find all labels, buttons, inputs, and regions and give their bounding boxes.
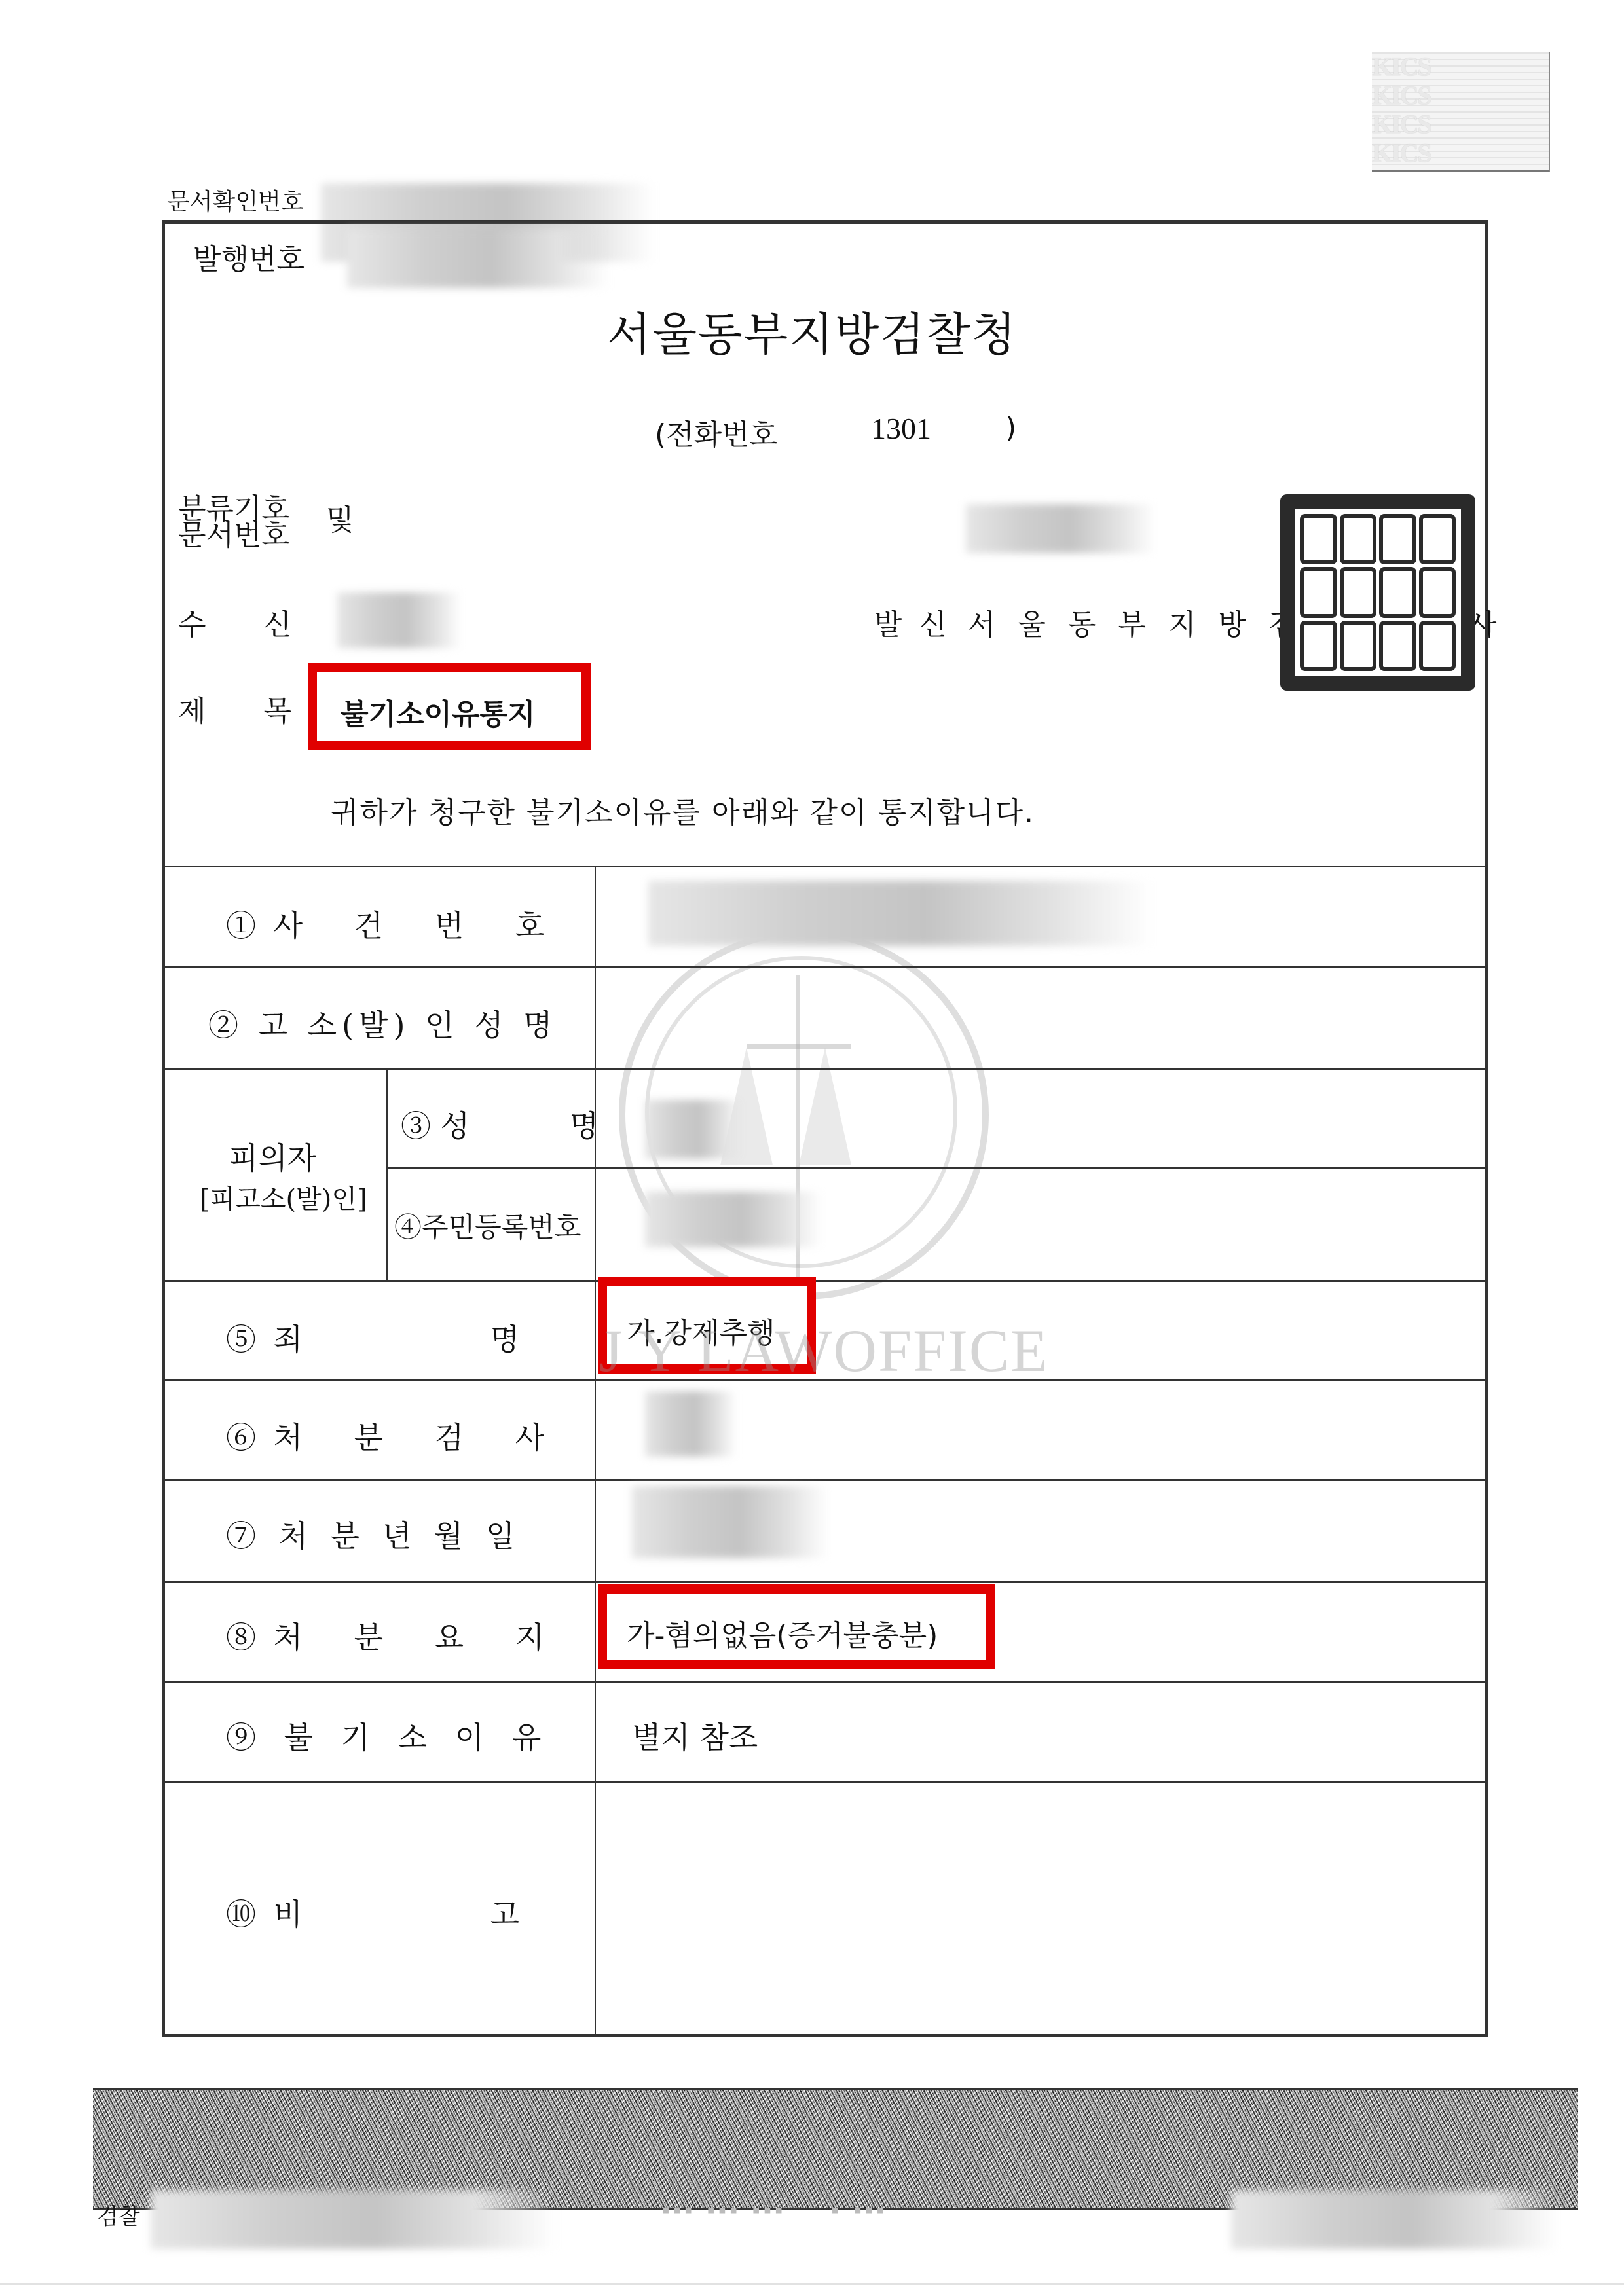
subject-label: 제 목: [178, 687, 291, 729]
row-label-suspect-name: ③ 성 명: [401, 1102, 599, 1146]
redacted-recipient: [337, 592, 462, 648]
disposition-highlight-box: 가-혐의없음(증거불충분): [598, 1584, 995, 1669]
row-divider: [164, 1681, 1486, 1683]
row-label-remarks: ⑩ 비 고: [226, 1891, 523, 1934]
redacted-case-number: [648, 881, 1153, 946]
subject-value: 불기소이유통지: [341, 691, 536, 733]
watermark-text: J Y LAWOFFICE: [599, 1316, 1049, 1385]
classification-label-line2: 문서번호: [178, 522, 289, 549]
disposition-summary-value: 가-혐의없음(증거불충분): [627, 1612, 938, 1654]
kics-security-mark: KICS KICS KICS KICS: [1372, 52, 1550, 172]
row-divider: [386, 1167, 1486, 1169]
row-label-complainant-name: ② 고 소(발) 인 성 명: [208, 1002, 558, 1045]
classification-label: 분류기호 문서번호: [178, 496, 289, 549]
official-seal: [1280, 494, 1475, 691]
sender-label: 발 신: [874, 601, 951, 643]
row-label-disposition-date: ⑦ 처 분 년 월 일: [226, 1512, 521, 1556]
phone-number: 1301: [871, 411, 931, 446]
redacted-resident-number: [645, 1192, 822, 1247]
phone-label: (전화번호: [655, 418, 777, 452]
phone-close: ): [1005, 411, 1016, 445]
kics-text-4: KICS: [1372, 139, 1549, 168]
suspect-group-label-line2: [피고소(발)인]: [200, 1178, 367, 1216]
seal-characters: [1300, 514, 1456, 671]
row-divider: [164, 1581, 1486, 1583]
row-divider: [164, 1781, 1486, 1783]
agency-title: 서울동부지방검찰청: [0, 298, 1624, 364]
row-label-case-number: ① 사 건 번 호: [226, 902, 548, 945]
row-divider: [164, 866, 1486, 867]
suspect-subcolumn-divider: [386, 1068, 388, 1280]
kics-text-2: KICS: [1372, 81, 1549, 110]
row-label-non-indictment-reason: ⑨ 불 기 소 이 유: [226, 1714, 550, 1757]
row-label-resident-number: ④주민등록번호: [394, 1206, 581, 1245]
column-divider: [595, 866, 596, 2035]
redacted-disposition-date: [632, 1486, 828, 1558]
kics-text-1: KICS: [1372, 52, 1549, 81]
redacted-prosecutor: [645, 1391, 737, 1457]
recipient-label: 수 신: [178, 601, 291, 643]
row-divider: [164, 1068, 1486, 1070]
watermark-scale-pan-right: [799, 1048, 851, 1165]
notice-text: 귀하가 청구한 불기소이유를 아래와 같이 통지합니다.: [331, 789, 1035, 831]
doc-check-number-label: 문서확인번호: [167, 183, 304, 217]
footer-dots: ▪▪▪ ▪▪▪ ▪▪▪ ▪ ▪▪▪: [661, 2202, 887, 2218]
redacted-suspect-name: [645, 1100, 743, 1159]
suspect-group-label-line1: 피의자: [229, 1135, 316, 1178]
row-label-disposition-summary: ⑧ 처 분 요 지: [226, 1614, 548, 1657]
redacted-document-number: [966, 504, 1156, 553]
phone-line: (전화번호 1301 ): [655, 411, 777, 453]
footer-label: 검찰: [97, 2198, 140, 2231]
non-indictment-reason-value: 별지 참조: [632, 1714, 758, 1757]
subject-highlight-box: 불기소이유통지: [308, 663, 591, 750]
redacted-footer-left: [151, 2190, 557, 2249]
redacted-issue-number: [347, 229, 609, 288]
row-label-prosecutor: ⑥ 처 분 검 사: [226, 1414, 548, 1457]
row-label-charge: ⑤ 죄 명: [226, 1316, 523, 1359]
row-divider: [164, 966, 1486, 968]
kics-text-3: KICS: [1372, 110, 1549, 139]
issue-number-label: 발행번호: [193, 236, 304, 278]
redacted-footer-right: [1231, 2190, 1559, 2249]
classification-and: 및: [326, 496, 354, 538]
row-divider: [164, 1280, 1486, 1282]
row-divider: [164, 1479, 1486, 1481]
page-bottom-edge: [0, 2283, 1624, 2285]
